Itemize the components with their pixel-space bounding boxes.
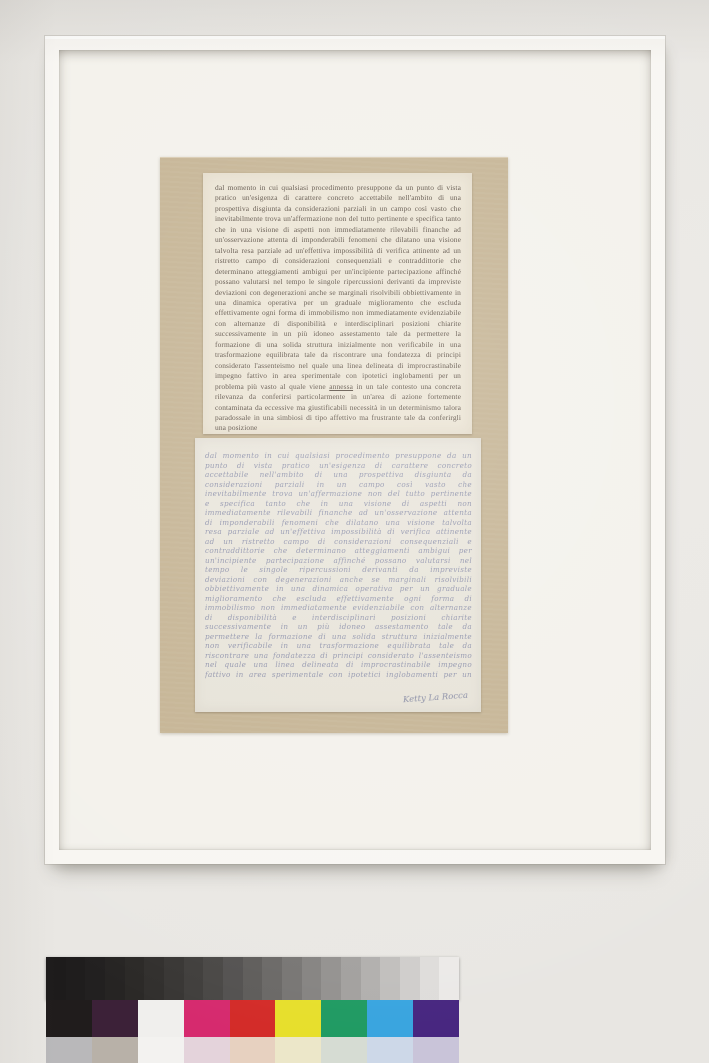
saturated-color-patch [367, 1000, 413, 1037]
grayscale-step-patch [203, 957, 223, 1000]
pastel-color-patch [230, 1037, 276, 1063]
grayscale-step-patch [420, 957, 440, 1000]
saturated-color-patch [184, 1000, 230, 1037]
artist-signature: Ketty La Rocca [403, 691, 469, 706]
grayscale-step-patch [302, 957, 322, 1000]
handwritten-page: dal momento in cui qualsiasi procediment… [195, 438, 481, 712]
grayscale-step-patch [164, 957, 184, 1000]
grayscale-step-patch [184, 957, 204, 1000]
color-calibration-chart [46, 957, 459, 1063]
grayscale-step-patch [262, 957, 282, 1000]
grayscale-step-patch [46, 957, 66, 1000]
gallery-photo: dal momento in cui qualsiasi procediment… [0, 0, 709, 1063]
pastel-color-patch [184, 1037, 230, 1063]
grayscale-step-patch [380, 957, 400, 1000]
typed-page: dal momento in cui qualsiasi procediment… [203, 173, 472, 434]
grayscale-step-patch [341, 957, 361, 1000]
pastel-color-patch [321, 1037, 367, 1063]
pastel-color-patch [367, 1037, 413, 1063]
pastel-color-patch [275, 1037, 321, 1063]
grayscale-step-patch [243, 957, 263, 1000]
grayscale-step-patch [439, 957, 459, 1000]
backing-sheet: dal momento in cui qualsiasi procediment… [160, 157, 508, 733]
saturated-color-patch [138, 1000, 184, 1037]
grayscale-step-patch [400, 957, 420, 1000]
grayscale-step-patch [223, 957, 243, 1000]
pastel-color-patch [138, 1037, 184, 1063]
handwritten-text: dal momento in cui qualsiasi procediment… [205, 451, 472, 679]
saturated-color-patch [275, 1000, 321, 1037]
grayscale-step-patch [321, 957, 341, 1000]
mat-board: dal momento in cui qualsiasi procediment… [59, 50, 651, 850]
grayscale-step-patch [105, 957, 125, 1000]
pastel-color-patch [92, 1037, 138, 1063]
typed-text: dal momento in cui qualsiasi procediment… [215, 183, 461, 434]
grayscale-step-patch [125, 957, 145, 1000]
saturated-color-patch [46, 1000, 92, 1037]
pastel-color-patch [46, 1037, 92, 1063]
saturated-color-row [46, 1000, 459, 1037]
picture-frame: dal momento in cui qualsiasi procediment… [45, 36, 665, 864]
grayscale-step-patch [66, 957, 86, 1000]
grayscale-step-patch [144, 957, 164, 1000]
pastel-color-row [46, 1037, 459, 1063]
pastel-color-patch [413, 1037, 459, 1063]
grayscale-step-patch [282, 957, 302, 1000]
grayscale-step-patch [361, 957, 381, 1000]
saturated-color-patch [230, 1000, 276, 1037]
grayscale-step-patch [85, 957, 105, 1000]
grayscale-gradient-bar [46, 957, 459, 1000]
saturated-color-patch [413, 1000, 459, 1037]
saturated-color-patch [321, 1000, 367, 1037]
saturated-color-patch [92, 1000, 138, 1037]
